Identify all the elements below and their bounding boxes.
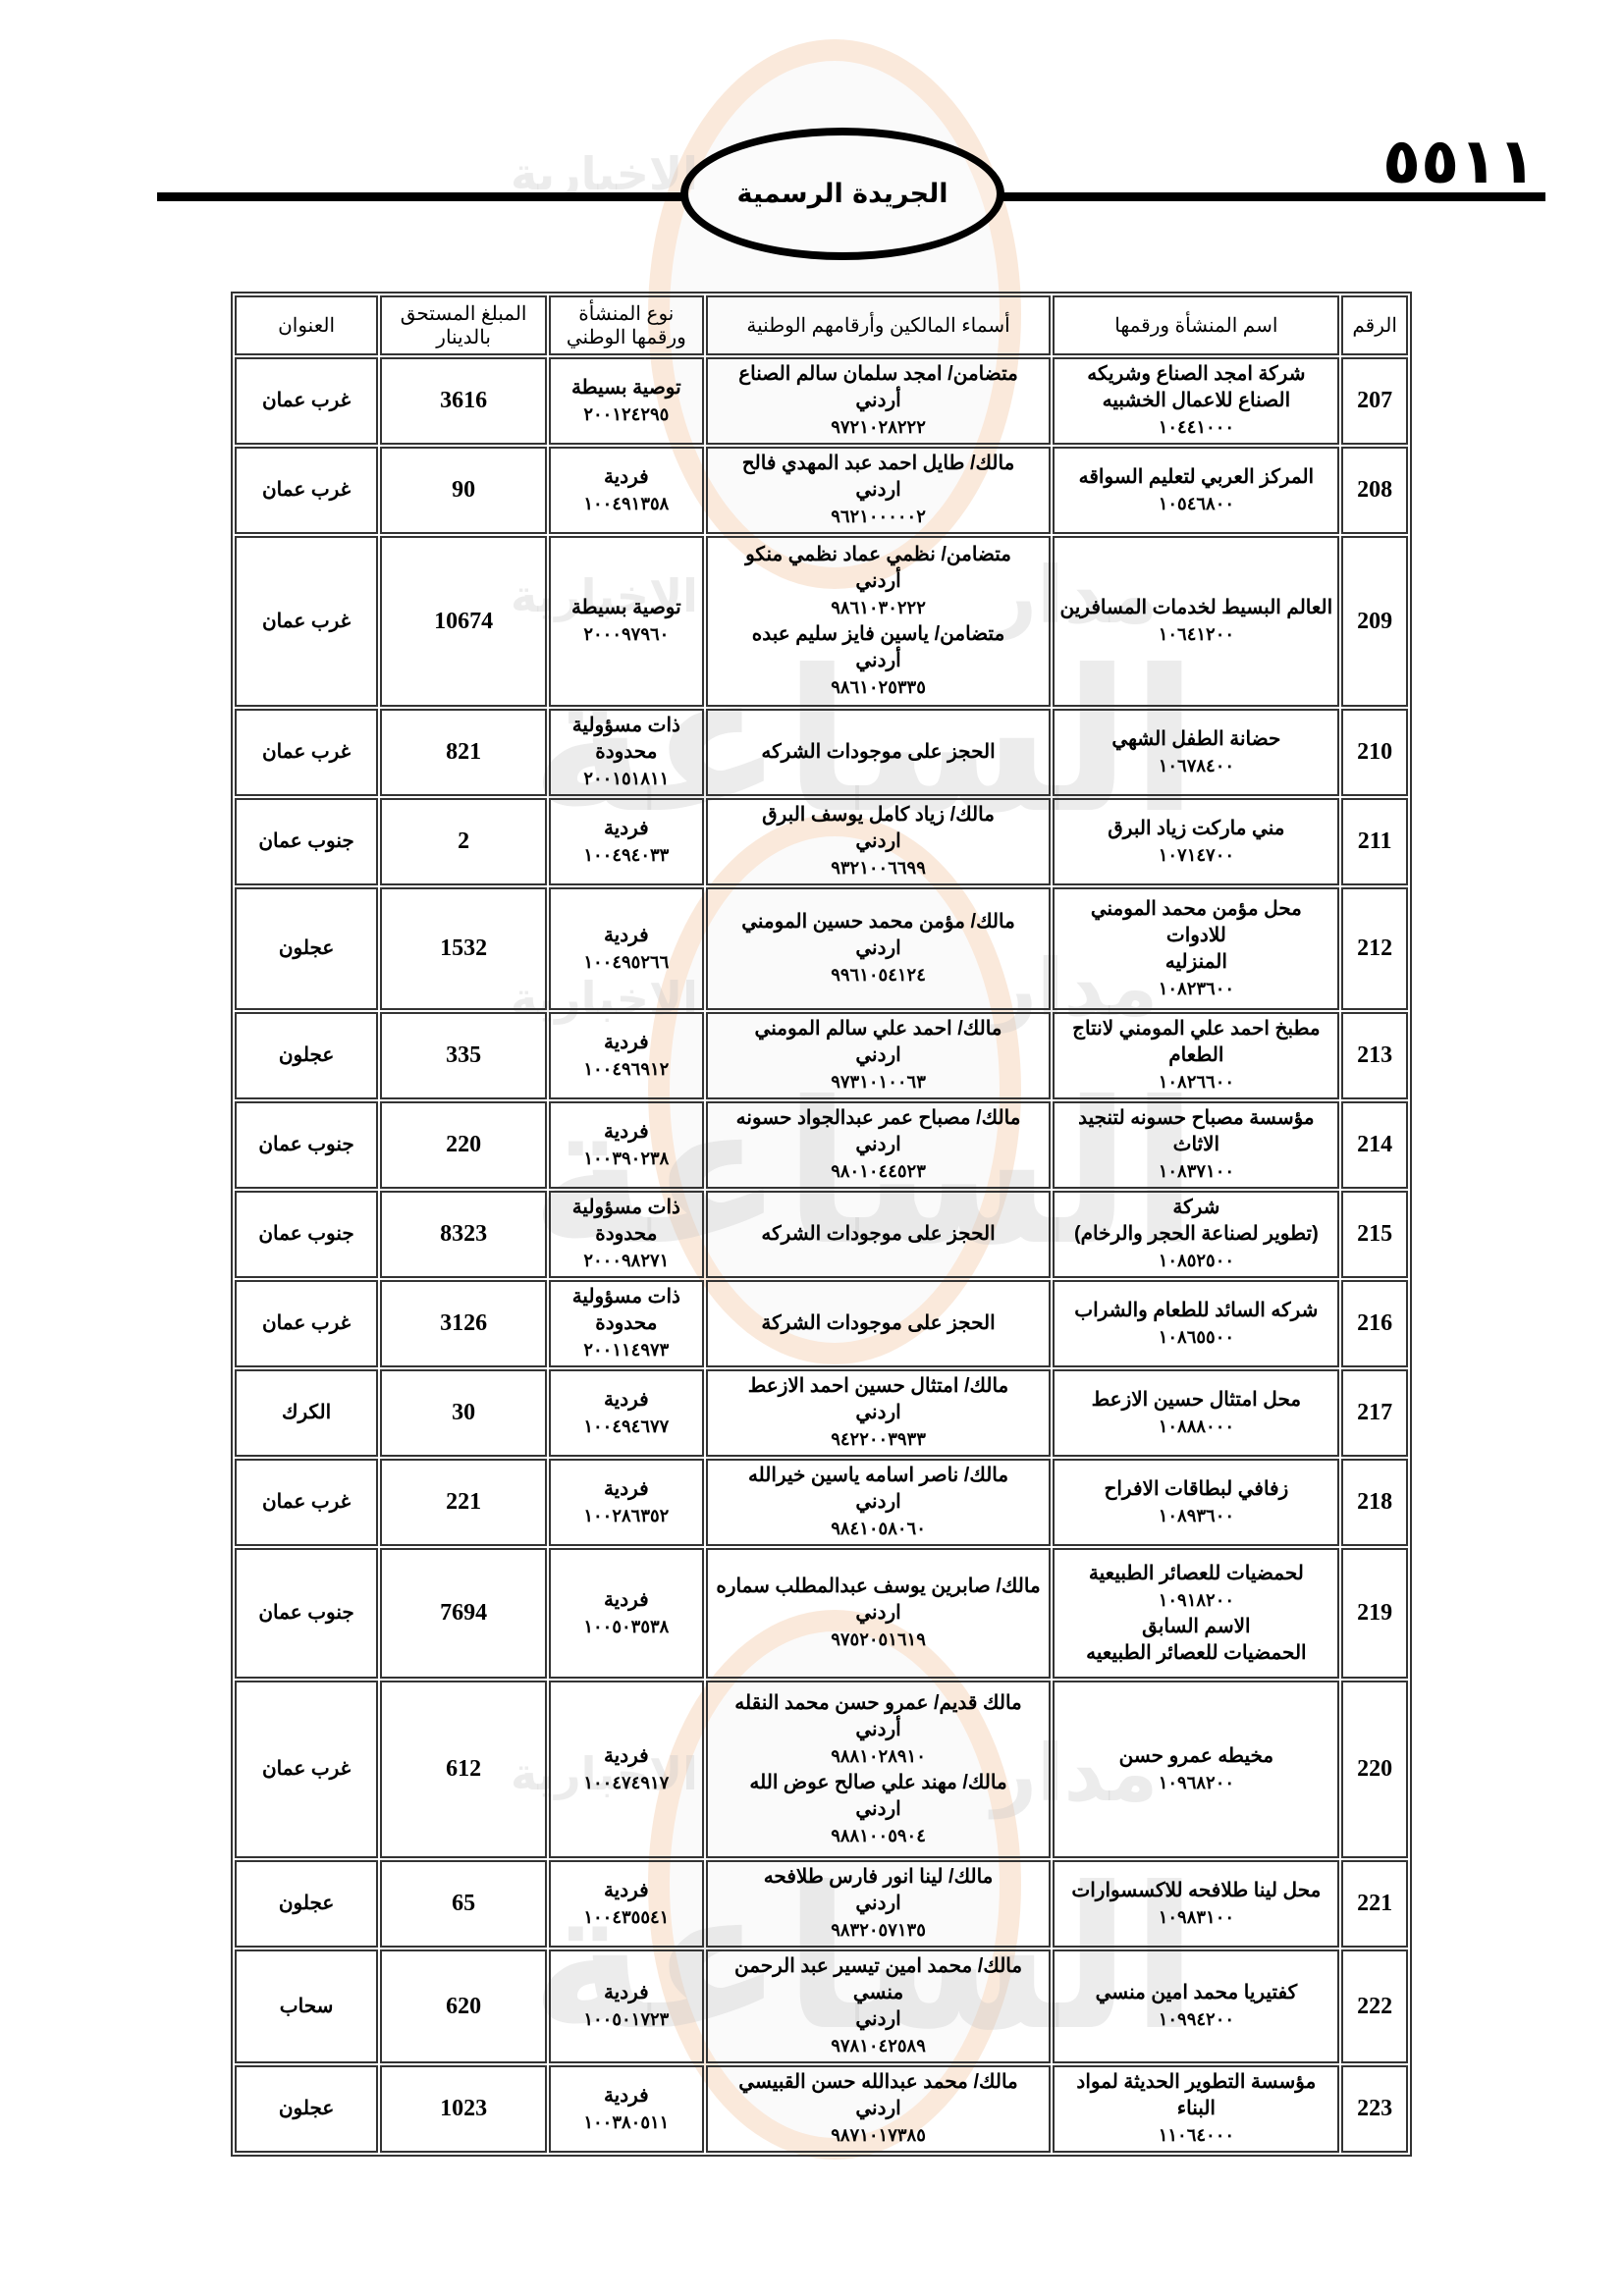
row-number: 210 bbox=[1341, 709, 1408, 796]
owner-line: ٩٩٦١٠٥٤١٢٤ bbox=[712, 962, 1046, 988]
owner-line: اردني bbox=[712, 477, 1046, 504]
establishment-type-line: ١٠٠٤٩٥٢٦٦ bbox=[555, 949, 698, 976]
owner-line: مالك/ امتثال حسين احمد الازعط bbox=[712, 1373, 1046, 1400]
establishment-type-cell: فردية١٠٠٣٩٠٢٣٨ bbox=[549, 1101, 704, 1189]
establishment-name-cell: زفافي لبطاقات الافراح١٠٨٩٣٦٠٠ bbox=[1053, 1459, 1339, 1546]
address-cell: غرب عمان bbox=[235, 709, 378, 796]
table-row: 220مخيطه عمرو حسن١٠٩٦٨٢٠٠مالك قديم/ عمرو… bbox=[235, 1681, 1408, 1858]
establishment-type-line: ١٠٠٤٩١٣٥٨ bbox=[555, 491, 698, 517]
owner-line: اردني bbox=[712, 935, 1046, 962]
page-number: ٥٥١١ bbox=[1382, 126, 1530, 198]
establishment-name-cell: كفتيريا محمد امين منسي١٠٩٩٤٢٠٠ bbox=[1053, 1949, 1339, 2063]
table-row: 218زفافي لبطاقات الافراح١٠٨٩٣٦٠٠مالك/ نا… bbox=[235, 1459, 1408, 1546]
establishment-type-line: توصية بسيطة bbox=[555, 375, 698, 401]
establishment-name-line: ١٠٨٥٢٥٠٠ bbox=[1058, 1248, 1333, 1274]
owner-line: مالك/ ناصر اسامه ياسين خيرالله bbox=[712, 1463, 1046, 1489]
establishment-name-cell: شركه السائد للطعام والشراب١٠٨٦٥٥٠٠ bbox=[1053, 1280, 1339, 1367]
address-cell: غرب عمان bbox=[235, 447, 378, 534]
owners-cell: مالك/ امتثال حسين احمد الازعطاردني٩٤٢٢٠٠… bbox=[706, 1369, 1052, 1457]
owner-line: مالك/ زياد كامل يوسف البرق bbox=[712, 802, 1046, 828]
address-cell: غرب عمان bbox=[235, 1681, 378, 1858]
owner-line: ٩٧٣١٠١٠٠٦٣ bbox=[712, 1069, 1046, 1095]
amount-due: 90 bbox=[380, 447, 547, 534]
establishment-type-line: فردية bbox=[555, 1980, 698, 2006]
row-number: 213 bbox=[1341, 1012, 1408, 1099]
owner-line: اردني bbox=[712, 1489, 1046, 1516]
establishment-name-line: ١٠٩٩٤٢٠٠ bbox=[1058, 2006, 1333, 2033]
table-row: 211مني ماركت زياد البرق١٠٧١٤٧٠٠مالك/ زيا… bbox=[235, 798, 1408, 885]
table-row: 209العالم البسيط لخدمات المسافرين١٠٦٤١٢٠… bbox=[235, 536, 1408, 707]
establishment-name-line: مني ماركت زياد البرق bbox=[1058, 816, 1333, 842]
owner-line: أردني bbox=[712, 648, 1046, 674]
establishment-type-cell: فردية١٠٠٤٣٥٥٤١ bbox=[549, 1860, 704, 1948]
establishment-type-line: ١٠٠٣٩٠٢٣٨ bbox=[555, 1146, 698, 1172]
establishment-type-line: ١٠٠٤٩٤٦٧٧ bbox=[555, 1414, 698, 1440]
establishment-name-line: ١٠٨٢٦٦٠٠ bbox=[1058, 1069, 1333, 1095]
establishment-type-cell: فردية١٠٠٤٧٤٩١٧ bbox=[549, 1681, 704, 1858]
owner-line: الحجز على موجودات الشركة bbox=[712, 1310, 1046, 1337]
amount-due: 335 bbox=[380, 1012, 547, 1099]
establishment-name-line: شركه السائد للطعام والشراب bbox=[1058, 1298, 1333, 1324]
row-number: 211 bbox=[1341, 798, 1408, 885]
establishment-name-line: الصناع للاعمال الخشبيه bbox=[1058, 388, 1333, 414]
owner-line: مالك/ طايل احمد عبد المهدي فالح bbox=[712, 451, 1046, 477]
col-header-establishment-type: نوع المنشأة ورقمها الوطني bbox=[549, 295, 704, 355]
owner-line: أردني bbox=[712, 388, 1046, 414]
establishment-type-line: ١٠٠٣٨٠٥١١ bbox=[555, 2109, 698, 2136]
owner-line: ٩٤٢٢٠٠٣٩٣٣ bbox=[712, 1426, 1046, 1453]
owner-line: مالك قديم/ عمرو حسن محمد النقله bbox=[712, 1690, 1046, 1717]
establishment-type-cell: فردية١٠٠٢٨٦٣٥٢ bbox=[549, 1459, 704, 1546]
establishment-name-line: العالم البسيط لخدمات المسافرين bbox=[1058, 595, 1333, 621]
col-header-amount-due: المبلغ المستحق بالدينار bbox=[380, 295, 547, 355]
establishment-type-line: ١٠٠٤٣٥٥٤١ bbox=[555, 1904, 698, 1931]
address-cell: غرب عمان bbox=[235, 357, 378, 445]
table-body: 207شركة امجد الصناع وشريكهالصناع للاعمال… bbox=[235, 357, 1408, 2153]
establishment-name-line: ١٠٨٩٣٦٠٠ bbox=[1058, 1503, 1333, 1529]
establishment-name-cell: شركة(تطوير لصناعة الحجر والرخام)١٠٨٥٢٥٠٠ bbox=[1053, 1191, 1339, 1278]
col-header-owners: أسماء المالكين وأرقامهم الوطنية bbox=[706, 295, 1052, 355]
establishment-type-line: ١٠٠٢٨٦٣٥٢ bbox=[555, 1503, 698, 1529]
owner-line: متضامن/ ياسين فايز سليم عبده bbox=[712, 621, 1046, 648]
owners-cell: الحجز على موجودات الشركه bbox=[706, 1191, 1052, 1278]
amount-due: 3616 bbox=[380, 357, 547, 445]
establishment-type-line: ٢٠٠٠٩٨٢٧١ bbox=[555, 1248, 698, 1274]
owner-line: مالك/ محمد عبدالله حسن القبيسي bbox=[712, 2069, 1046, 2096]
owners-cell: مالك قديم/ عمرو حسن محمد النقلهأردني٩٨٨١… bbox=[706, 1681, 1052, 1858]
owners-cell: مالك/ ناصر اسامه ياسين خيراللهاردني٩٨٤١٠… bbox=[706, 1459, 1052, 1546]
owner-line: اردني bbox=[712, 1400, 1046, 1426]
establishment-type-line: ١٠٠٤٩٤٠٣٣ bbox=[555, 842, 698, 869]
establishment-name-line: ١٠٩١٨٢٠٠ bbox=[1058, 1587, 1333, 1614]
establishment-name-line: الطعام bbox=[1058, 1042, 1333, 1069]
establishment-name-line: مخيطه عمرو حسن bbox=[1058, 1743, 1333, 1770]
amount-due: 221 bbox=[380, 1459, 547, 1546]
owner-line: الحجز على موجودات الشركه bbox=[712, 1221, 1046, 1248]
establishment-name-cell: المركز العربي لتعليم السواقه١٠٥٤٦٨٠٠ bbox=[1053, 447, 1339, 534]
establishment-name-line: محل امتثال حسين الازعط bbox=[1058, 1387, 1333, 1414]
establishment-name-line: مؤسسة التطوير الحديثة لمواد bbox=[1058, 2069, 1333, 2096]
table-header-row: الرقم اسم المنشأة ورقمها أسماء المالكين … bbox=[235, 295, 1408, 355]
row-number: 221 bbox=[1341, 1860, 1408, 1948]
owner-line: ٩٦٢١٠٠٠٠٠٢ bbox=[712, 504, 1046, 530]
establishment-name-line: ١٠٥٤٦٨٠٠ bbox=[1058, 491, 1333, 517]
establishment-type-cell: فردية١٠٠٥٠٣٥٣٨ bbox=[549, 1548, 704, 1679]
owner-line: ٩٧٥٢٠٥١٦١٩ bbox=[712, 1627, 1046, 1653]
establishment-type-cell: فردية١٠٠٤٩٤٠٣٣ bbox=[549, 798, 704, 885]
amount-due: 612 bbox=[380, 1681, 547, 1858]
table-row: 215شركة(تطوير لصناعة الحجر والرخام)١٠٨٥٢… bbox=[235, 1191, 1408, 1278]
table-row: 223مؤسسة التطوير الحديثة لموادالبناء١١٠٦… bbox=[235, 2065, 1408, 2153]
establishment-name-line: ١٠٦٧٨٤٠٠ bbox=[1058, 753, 1333, 779]
owner-line: اردني bbox=[712, 828, 1046, 855]
table-row: 207شركة امجد الصناع وشريكهالصناع للاعمال… bbox=[235, 357, 1408, 445]
address-cell: سحاب bbox=[235, 1949, 378, 2063]
establishment-type-line: فردية bbox=[555, 1476, 698, 1503]
address-cell: جنوب عمان bbox=[235, 1101, 378, 1189]
establishment-name-line: شركة امجد الصناع وشريكه bbox=[1058, 361, 1333, 388]
establishment-name-line: ١٠٩٦٨٢٠٠ bbox=[1058, 1770, 1333, 1796]
row-number: 207 bbox=[1341, 357, 1408, 445]
owner-line: الحجز على موجودات الشركه bbox=[712, 739, 1046, 766]
amount-due: 8323 bbox=[380, 1191, 547, 1278]
table-row: 214مؤسسة مصباح حسونه لتنجيدالاثاث١٠٨٣٧١٠… bbox=[235, 1101, 1408, 1189]
establishment-type-line: فردية bbox=[555, 1387, 698, 1414]
address-cell: غرب عمان bbox=[235, 536, 378, 707]
establishment-name-cell: مؤسسة مصباح حسونه لتنجيدالاثاث١٠٨٣٧١٠٠ bbox=[1053, 1101, 1339, 1189]
address-cell: جنوب عمان bbox=[235, 1548, 378, 1679]
owner-line: أردني bbox=[712, 568, 1046, 595]
owner-line: مالك/ مصباح عمر عبدالجواد حسونه bbox=[712, 1105, 1046, 1132]
establishment-name-cell: مؤسسة التطوير الحديثة لموادالبناء١١٠٦٤٠٠… bbox=[1053, 2065, 1339, 2153]
establishment-type-line: ١٠٠٤٧٤٩١٧ bbox=[555, 1770, 698, 1796]
amount-due: 1532 bbox=[380, 887, 547, 1010]
amount-due: 65 bbox=[380, 1860, 547, 1948]
owner-line: مالك/ صابرين يوسف عبدالمطلب سماره bbox=[712, 1574, 1046, 1600]
establishment-name-line: المركز العربي لتعليم السواقه bbox=[1058, 464, 1333, 491]
owner-line: متضامن/ نظمي عماد نظمي منكو bbox=[712, 542, 1046, 568]
owners-cell: مالك/ طايل احمد عبد المهدي فالحاردني٩٦٢١… bbox=[706, 447, 1052, 534]
establishment-type-cell: فردية١٠٠٤٩٦٩١٢ bbox=[549, 1012, 704, 1099]
owner-line: مالك/ مؤمن محمد حسين المومني bbox=[712, 909, 1046, 935]
establishment-type-line: فردية bbox=[555, 1030, 698, 1056]
row-number: 220 bbox=[1341, 1681, 1408, 1858]
col-header-address: العنوان bbox=[235, 295, 378, 355]
establishment-type-line: ذات مسؤولية bbox=[555, 1284, 698, 1310]
owners-cell: متضامن/ امجد سلمان سالم الصناعأردني٩٧٢١٠… bbox=[706, 357, 1052, 445]
establishment-name-cell: مطبخ احمد علي المومني لانتاجالطعام١٠٨٢٦٦… bbox=[1053, 1012, 1339, 1099]
col-header-number: الرقم bbox=[1341, 295, 1408, 355]
owner-line: اردني bbox=[712, 2096, 1046, 2122]
owners-cell: مالك/ لينا انور فارس طلافحهاردني٩٨٣٢٠٥٧١… bbox=[706, 1860, 1052, 1948]
table-row: 213مطبخ احمد علي المومني لانتاجالطعام١٠٨… bbox=[235, 1012, 1408, 1099]
owner-line: مالك/ مهند علي صالح عوض الله bbox=[712, 1770, 1046, 1796]
establishment-type-cell: ذات مسؤوليةمحدودة٢٠٠١١٤٩٧٣ bbox=[549, 1280, 704, 1367]
establishment-type-line: فردية bbox=[555, 1119, 698, 1146]
owner-line: اردني bbox=[712, 1796, 1046, 1823]
establishment-name-line: ١٠٩٨٣١٠٠ bbox=[1058, 1904, 1333, 1931]
establishment-type-line: ١٠٠٥٠١٧٢٣ bbox=[555, 2006, 698, 2033]
companies-table-container: الرقم اسم المنشأة ورقمها أسماء المالكين … bbox=[231, 292, 1412, 2157]
establishment-type-line: ذات مسؤولية bbox=[555, 1195, 698, 1221]
establishment-name-line: شركة bbox=[1058, 1195, 1333, 1221]
address-cell: جنوب عمان bbox=[235, 1191, 378, 1278]
owners-cell: مالك/ احمد علي سالم المومنياردني٩٧٣١٠١٠٠… bbox=[706, 1012, 1052, 1099]
establishment-name-cell: لحمضيات للعصائر الطبيعية١٠٩١٨٢٠٠الاسم ال… bbox=[1053, 1548, 1339, 1679]
owner-line: ٩٨٦١٠٢٥٣٣٥ bbox=[712, 674, 1046, 701]
establishment-name-line: ١٠٤٤١٠٠٠ bbox=[1058, 414, 1333, 441]
establishment-type-line: فردية bbox=[555, 923, 698, 949]
table-row: 221محل لينا طلافحه للاكسسوارات١٠٩٨٣١٠٠ما… bbox=[235, 1860, 1408, 1948]
establishment-name-cell: محل مؤمن محمد المومني للادواتالمنزليه١٠٨… bbox=[1053, 887, 1339, 1010]
table-row: 216شركه السائد للطعام والشراب١٠٨٦٥٥٠٠الح… bbox=[235, 1280, 1408, 1367]
owner-line: متضامن/ امجد سلمان سالم الصناع bbox=[712, 361, 1046, 388]
owner-line: ٩٨٨١٠٠٥٩٠٤ bbox=[712, 1823, 1046, 1849]
address-cell: عجلون bbox=[235, 1860, 378, 1948]
owners-cell: مالك/ مؤمن محمد حسين المومنياردني٩٩٦١٠٥٤… bbox=[706, 887, 1052, 1010]
amount-due: 220 bbox=[380, 1101, 547, 1189]
establishment-name-line: ١١٠٦٤٠٠٠ bbox=[1058, 2122, 1333, 2149]
establishment-name-line: ١٠٨٣٧١٠٠ bbox=[1058, 1158, 1333, 1185]
owner-line: ٩٨٣٢٠٥٧١٣٥ bbox=[712, 1917, 1046, 1944]
establishment-type-line: ٢٠٠١١٤٩٧٣ bbox=[555, 1337, 698, 1363]
establishment-type-line: فردية bbox=[555, 464, 698, 491]
owners-cell: الحجز على موجودات الشركة bbox=[706, 1280, 1052, 1367]
establishment-type-line: محدودة bbox=[555, 1221, 698, 1248]
establishment-name-line: الاثاث bbox=[1058, 1132, 1333, 1158]
establishment-name-line: محل لينا طلافحه للاكسسوارات bbox=[1058, 1878, 1333, 1904]
address-cell: عجلون bbox=[235, 887, 378, 1010]
establishment-name-line: المنزليه bbox=[1058, 949, 1333, 976]
establishment-type-line: فردية bbox=[555, 2083, 698, 2109]
address-cell: الكرك bbox=[235, 1369, 378, 1457]
establishment-name-cell: العالم البسيط لخدمات المسافرين١٠٦٤١٢٠٠ bbox=[1053, 536, 1339, 707]
address-cell: غرب عمان bbox=[235, 1280, 378, 1367]
establishment-type-cell: فردية١٠٠٤٩٤٦٧٧ bbox=[549, 1369, 704, 1457]
owner-line: مالك/ احمد علي سالم المومني bbox=[712, 1016, 1046, 1042]
row-number: 212 bbox=[1341, 887, 1408, 1010]
owners-cell: مالك/ مصباح عمر عبدالجواد حسونهاردني٩٨٠١… bbox=[706, 1101, 1052, 1189]
establishment-type-line: فردية bbox=[555, 1587, 698, 1614]
row-number: 222 bbox=[1341, 1949, 1408, 2063]
establishment-name-line: ١٠٨٦٥٥٠٠ bbox=[1058, 1324, 1333, 1351]
establishment-type-cell: فردية١٠٠٤٩١٣٥٨ bbox=[549, 447, 704, 534]
establishment-type-line: فردية bbox=[555, 816, 698, 842]
owners-cell: الحجز على موجودات الشركه bbox=[706, 709, 1052, 796]
row-number: 215 bbox=[1341, 1191, 1408, 1278]
owner-line: اردني bbox=[712, 1132, 1046, 1158]
owner-line: اردني bbox=[712, 2006, 1046, 2033]
address-cell: غرب عمان bbox=[235, 1459, 378, 1546]
row-number: 216 bbox=[1341, 1280, 1408, 1367]
establishment-name-cell: محل لينا طلافحه للاكسسوارات١٠٩٨٣١٠٠ bbox=[1053, 1860, 1339, 1948]
owners-cell: مالك/ زياد كامل يوسف البرقاردني٩٣٢١٠٠٦٦٩… bbox=[706, 798, 1052, 885]
establishment-name-cell: مني ماركت زياد البرق١٠٧١٤٧٠٠ bbox=[1053, 798, 1339, 885]
establishment-name-line: ١٠٨٨٨٠٠٠ bbox=[1058, 1414, 1333, 1440]
address-cell: جنوب عمان bbox=[235, 798, 378, 885]
owner-line: ٩٨٠١٠٤٤٥٢٣ bbox=[712, 1158, 1046, 1185]
owner-line: اردني bbox=[712, 1600, 1046, 1627]
owner-line: مالك/ لينا انور فارس طلافحه bbox=[712, 1864, 1046, 1891]
header-title-oval: الجريدة الرسمية bbox=[680, 128, 1004, 260]
amount-due: 821 bbox=[380, 709, 547, 796]
establishment-name-line: الحمضيات للعصائر الطبيعيه bbox=[1058, 1640, 1333, 1667]
companies-table: الرقم اسم المنشأة ورقمها أسماء المالكين … bbox=[231, 292, 1412, 2157]
establishment-type-cell: ذات مسؤوليةمحدودة٢٠٠٠٩٨٢٧١ bbox=[549, 1191, 704, 1278]
amount-due: 3126 bbox=[380, 1280, 547, 1367]
establishment-name-line: زفافي لبطاقات الافراح bbox=[1058, 1476, 1333, 1503]
row-number: 217 bbox=[1341, 1369, 1408, 1457]
owner-line: ٩٣٢١٠٠٦٦٩٩ bbox=[712, 855, 1046, 881]
establishment-name-line: ١٠٦٤١٢٠٠ bbox=[1058, 621, 1333, 648]
owner-line: اردني bbox=[712, 1042, 1046, 1069]
owners-cell: مالك/ محمد امين تيسير عبد الرحمن منسيارد… bbox=[706, 1949, 1052, 2063]
establishment-name-line: حضانة الطفل الشهي bbox=[1058, 726, 1333, 753]
table-row: 219لحمضيات للعصائر الطبيعية١٠٩١٨٢٠٠الاسم… bbox=[235, 1548, 1408, 1679]
owner-line: ٩٨٦١٠٣٠٢٢٢ bbox=[712, 595, 1046, 621]
col-header-establishment-name: اسم المنشأة ورقمها bbox=[1053, 295, 1339, 355]
table-row: 208المركز العربي لتعليم السواقه١٠٥٤٦٨٠٠م… bbox=[235, 447, 1408, 534]
owners-cell: مالك/ صابرين يوسف عبدالمطلب سمارهاردني٩٧… bbox=[706, 1548, 1052, 1679]
address-cell: عجلون bbox=[235, 2065, 378, 2153]
table-row: 222كفتيريا محمد امين منسي١٠٩٩٤٢٠٠مالك/ م… bbox=[235, 1949, 1408, 2063]
establishment-type-line: ١٠٠٥٠٣٥٣٨ bbox=[555, 1614, 698, 1640]
amount-due: 2 bbox=[380, 798, 547, 885]
owner-line: ٩٧٨١٠٤٢٥٨٩ bbox=[712, 2033, 1046, 2059]
establishment-type-line: ٢٠٠١٢٤٢٩٥ bbox=[555, 401, 698, 428]
establishment-type-cell: توصية بسيطة٢٠٠٠٩٧٩٦٠ bbox=[549, 536, 704, 707]
gazette-title: الجريدة الرسمية bbox=[737, 179, 948, 209]
establishment-type-line: محدودة bbox=[555, 739, 698, 766]
establishment-name-line: محل مؤمن محمد المومني للادوات bbox=[1058, 896, 1333, 949]
establishment-type-line: فردية bbox=[555, 1743, 698, 1770]
establishment-type-line: ٢٠٠١٥١٨١١ bbox=[555, 766, 698, 792]
amount-due: 620 bbox=[380, 1949, 547, 2063]
owner-line: اردني bbox=[712, 1891, 1046, 1917]
establishment-type-cell: فردية١٠٠٥٠١٧٢٣ bbox=[549, 1949, 704, 2063]
header-rule-right bbox=[1000, 192, 1545, 201]
table-row: 217محل امتثال حسين الازعط١٠٨٨٨٠٠٠مالك/ ا… bbox=[235, 1369, 1408, 1457]
row-number: 223 bbox=[1341, 2065, 1408, 2153]
establishment-name-cell: مخيطه عمرو حسن١٠٩٦٨٢٠٠ bbox=[1053, 1681, 1339, 1858]
establishment-name-line: مطبخ احمد علي المومني لانتاج bbox=[1058, 1016, 1333, 1042]
owners-cell: مالك/ محمد عبدالله حسن القبيسياردني٩٨٧١٠… bbox=[706, 2065, 1052, 2153]
owner-line: أردني bbox=[712, 1717, 1046, 1743]
owner-line: مالك/ محمد امين تيسير عبد الرحمن منسي bbox=[712, 1953, 1046, 2006]
establishment-name-line: مؤسسة مصباح حسونه لتنجيد bbox=[1058, 1105, 1333, 1132]
owner-line: ٩٨٤١٠٥٨٠٦٠ bbox=[712, 1516, 1046, 1542]
amount-due: 10674 bbox=[380, 536, 547, 707]
establishment-name-line: ١٠٨٢٣٦٠٠ bbox=[1058, 976, 1333, 1002]
owners-cell: متضامن/ نظمي عماد نظمي منكوأردني٩٨٦١٠٣٠٢… bbox=[706, 536, 1052, 707]
amount-due: 7694 bbox=[380, 1548, 547, 1679]
establishment-type-line: فردية bbox=[555, 1878, 698, 1904]
row-number: 214 bbox=[1341, 1101, 1408, 1189]
owner-line: ٩٨٨١٠٢٨٩١٠ bbox=[712, 1743, 1046, 1770]
amount-due: 30 bbox=[380, 1369, 547, 1457]
establishment-name-line: ١٠٧١٤٧٠٠ bbox=[1058, 842, 1333, 869]
establishment-name-cell: محل امتثال حسين الازعط١٠٨٨٨٠٠٠ bbox=[1053, 1369, 1339, 1457]
amount-due: 1023 bbox=[380, 2065, 547, 2153]
establishment-name-line: لحمضيات للعصائر الطبيعية bbox=[1058, 1561, 1333, 1587]
establishment-type-line: ٢٠٠٠٩٧٩٦٠ bbox=[555, 621, 698, 648]
address-cell: عجلون bbox=[235, 1012, 378, 1099]
establishment-name-cell: شركة امجد الصناع وشريكهالصناع للاعمال ال… bbox=[1053, 357, 1339, 445]
establishment-type-line: ١٠٠٤٩٦٩١٢ bbox=[555, 1056, 698, 1083]
establishment-type-line: ذات مسؤولية bbox=[555, 713, 698, 739]
row-number: 218 bbox=[1341, 1459, 1408, 1546]
row-number: 208 bbox=[1341, 447, 1408, 534]
row-number: 209 bbox=[1341, 536, 1408, 707]
establishment-type-cell: فردية١٠٠٣٨٠٥١١ bbox=[549, 2065, 704, 2153]
establishment-type-cell: فردية١٠٠٤٩٥٢٦٦ bbox=[549, 887, 704, 1010]
header-rule-left bbox=[157, 192, 682, 201]
establishment-name-cell: حضانة الطفل الشهي١٠٦٧٨٤٠٠ bbox=[1053, 709, 1339, 796]
establishment-name-line: (تطوير لصناعة الحجر والرخام) bbox=[1058, 1221, 1333, 1248]
establishment-type-line: توصية بسيطة bbox=[555, 595, 698, 621]
establishment-name-line: الاسم السابق bbox=[1058, 1614, 1333, 1640]
row-number: 219 bbox=[1341, 1548, 1408, 1679]
owner-line: ٩٧٢١٠٢٨٢٢٢ bbox=[712, 414, 1046, 441]
table-row: 212محل مؤمن محمد المومني للادواتالمنزليه… bbox=[235, 887, 1408, 1010]
establishment-type-cell: ذات مسؤوليةمحدودة٢٠٠١٥١٨١١ bbox=[549, 709, 704, 796]
establishment-name-line: كفتيريا محمد امين منسي bbox=[1058, 1980, 1333, 2006]
establishment-type-line: محدودة bbox=[555, 1310, 698, 1337]
establishment-type-cell: توصية بسيطة٢٠٠١٢٤٢٩٥ bbox=[549, 357, 704, 445]
owner-line: ٩٨٧١٠١٧٣٨٥ bbox=[712, 2122, 1046, 2149]
establishment-name-line: البناء bbox=[1058, 2096, 1333, 2122]
table-row: 210حضانة الطفل الشهي١٠٦٧٨٤٠٠الحجز على مو… bbox=[235, 709, 1408, 796]
